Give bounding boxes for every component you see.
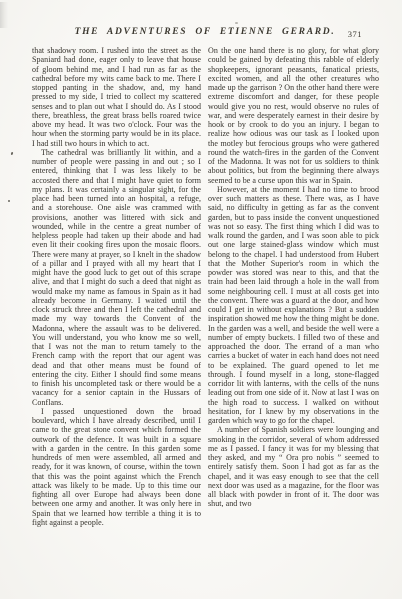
paragraph: The cathedral was brilliantly lit within… [32,148,201,407]
scan-speck [8,200,10,202]
scan-speck [235,22,238,24]
running-title: THE ADVENTURES OF ETIENNE GERARD. [32,27,378,37]
page-number: 371 [348,29,362,39]
paragraph-continuation: On the one hand there is no glory, for w… [208,46,379,185]
page-header: THE ADVENTURES OF ETIENNE GERARD. 371 [32,27,378,40]
paragraph: I passed unquestioned down the broad bou… [32,407,201,527]
scan-speck [11,152,14,155]
book-page: THE ADVENTURES OF ETIENNE GERARD. 371 th… [0,0,402,599]
paragraph: A number of Spanish soldiers were loungi… [208,425,379,508]
text-column-left: that shadowy room. I rushed into the str… [32,46,201,527]
paragraph: However, at the moment I had no time to … [208,185,379,426]
scan-artifact-corner [0,2,8,28]
paragraph-continuation: that shadowy room. I rushed into the str… [32,46,201,148]
text-column-right: On the one hand there is no glory, for w… [208,46,379,509]
